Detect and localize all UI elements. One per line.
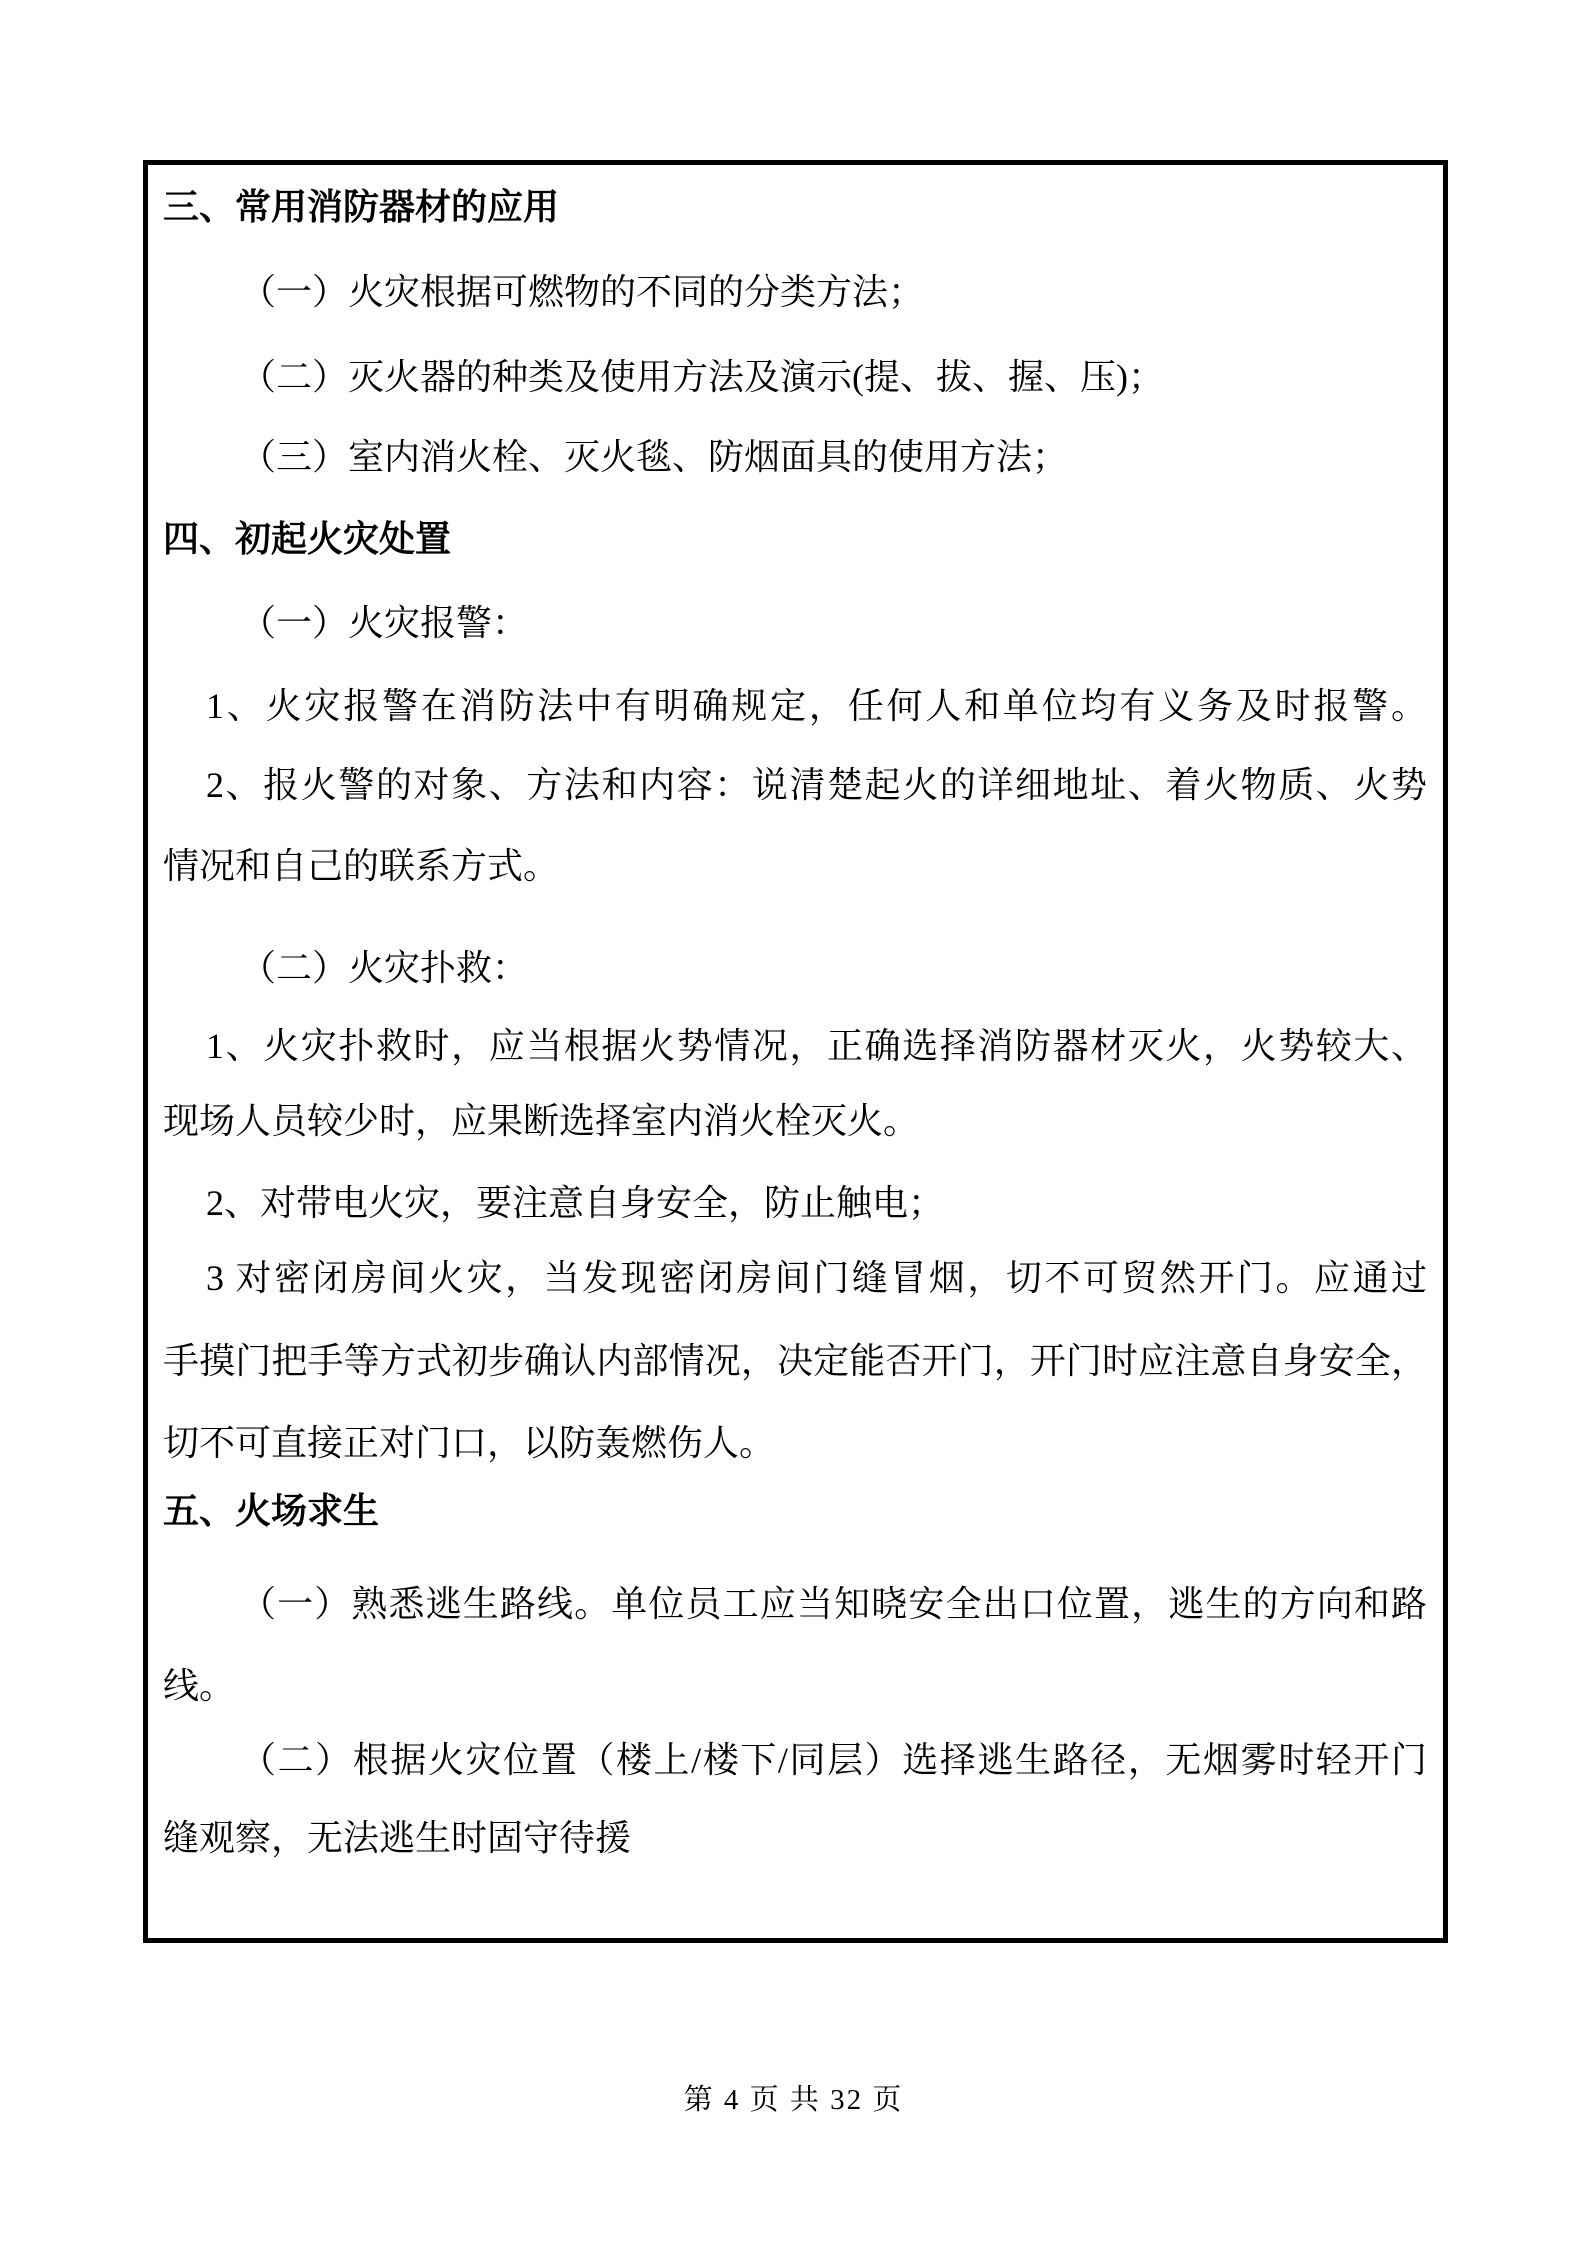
text-line: （一）熟悉逃生路线。单位员工应当知晓安全出口位置，逃生的方向和路 — [240, 1583, 1427, 1625]
text-line: 现场人员较少时，应果断选择室内消火栓灭火。 — [163, 1100, 919, 1142]
sub-heading: （二）火灾扑救： — [240, 947, 528, 989]
sub-heading: （一）火灾报警： — [240, 602, 528, 644]
document-page: 三、常用消防器材的应用 （一）火灾根据可燃物的不同的分类方法； （二）灭火器的种… — [0, 0, 1587, 2245]
text-line: 1、火灾报警在消防法中有明确规定，任何人和单位均有义务及时报警。 — [206, 685, 1427, 727]
text-line: 1、火灾扑救时，应当根据火势情况，正确选择消防器材灭火，火势较大、 — [206, 1025, 1427, 1067]
list-item: （三）室内消火栓、灭火毯、防烟面具的使用方法； — [240, 436, 1068, 478]
text-line: 手摸门把手等方式初步确认内部情况，决定能否开门，开门时应注意自身安全， — [163, 1340, 1427, 1382]
page-number: 第 4 页 共 32 页 — [0, 2083, 1587, 2117]
list-item: （二）灭火器的种类及使用方法及演示(提、拔、握、压)； — [240, 356, 1164, 398]
section-heading-5: 五、火场求生 — [163, 1490, 379, 1532]
list-item: （一）火灾根据可燃物的不同的分类方法； — [240, 271, 924, 313]
content-table-cell: 三、常用消防器材的应用 （一）火灾根据可燃物的不同的分类方法； （二）灭火器的种… — [143, 160, 1448, 1943]
section-heading-3: 三、常用消防器材的应用 — [163, 186, 559, 228]
text-line: （二）根据火灾位置（楼上/楼下/同层）选择逃生路径，无烟雾时轻开门 — [240, 1739, 1427, 1781]
text-line: 缝观察，无法逃生时固守待援 — [163, 1817, 631, 1859]
text-line: 3 对密闭房间火灾，当发现密闭房间门缝冒烟，切不可贸然开门。应通过 — [206, 1257, 1427, 1299]
text-line: 情况和自己的联系方式。 — [163, 845, 559, 887]
text-line: 2、对带电火灾，要注意自身安全，防止触电； — [206, 1182, 944, 1224]
text-line: 2、报火警的对象、方法和内容：说清楚起火的详细地址、着火物质、火势 — [206, 764, 1427, 806]
text-line: 线。 — [163, 1665, 235, 1707]
section-heading-4: 四、初起火灾处置 — [163, 518, 451, 560]
text-line: 切不可直接正对门口，以防轰燃伤人。 — [163, 1422, 775, 1464]
